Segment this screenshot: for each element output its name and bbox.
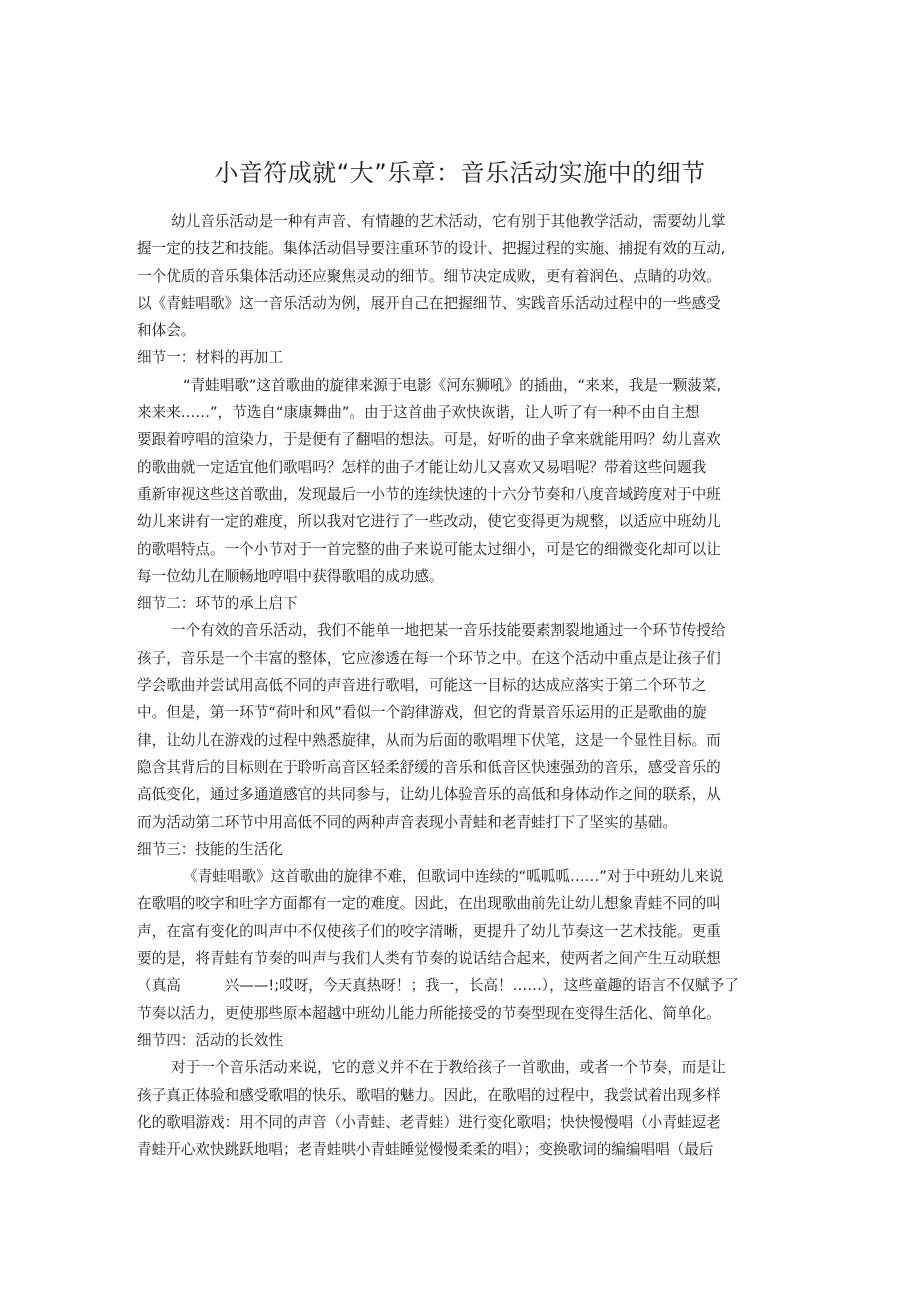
paragraph-line: 律，让幼儿在游戏的过程中熟悉旋律，从而为后面的歌唱埋下伏笔，这是一个显性目标。而 xyxy=(137,727,797,754)
paragraph-line: 孩子真正体验和感受歌唱的快乐、歌唱的魅力。因此，在歌唱的过程中，我尝试着出现多样 xyxy=(137,1082,797,1109)
paragraph-line: 孩子，音乐是一个丰富的整体，它应渗透在每一个环节之中。在这个活动中重点是让孩子们 xyxy=(137,645,797,672)
paragraph-line: 高低变化，通过多通道感官的共同参与，让幼儿体验音乐的高低和身体动作之间的联系，从 xyxy=(137,781,797,808)
paragraph-line: 的歌曲就一定适宜他们歌唱吗？怎样的曲子才能让幼儿又喜欢又易唱呢？带着这些问题我 xyxy=(137,454,797,481)
paragraph-line: 对于一个音乐活动来说，它的意义并不在于教给孩子一首歌曲，或者一个节奏，而是让 xyxy=(137,1054,797,1081)
section-heading: 细节二：环节的承上启下 xyxy=(137,590,797,617)
paragraph-line: 以《青蛙唱歌》这一音乐活动为例，展开自己在把握细节、实践音乐活动过程中的一些感受 xyxy=(137,290,797,317)
paragraph-line: 幼儿来讲有一定的难度，所以我对它进行了一些改动，使它变得更为规整，以适应中班幼儿 xyxy=(137,508,797,535)
paragraph-line: 要跟着哼唱的渲染力，于是便有了翻唱的想法。可是，好听的曲子拿来就能用吗？幼儿喜欢 xyxy=(137,426,797,453)
document-page: 小音符成就“大”乐章：音乐活动实施中的细节 幼儿音乐活动是一种有声音、有情趣的艺… xyxy=(0,0,920,1302)
paragraph-line: 和体会。 xyxy=(137,317,797,344)
section-heading: 细节四：活动的长效性 xyxy=(137,1027,797,1054)
document-title: 小音符成就“大”乐章：音乐活动实施中的细节 xyxy=(0,156,920,190)
paragraph-line: 声，在富有变化的叫声中不仅使孩子们的咬字清晰，更提升了幼儿节奏这一艺术技能。更重 xyxy=(137,918,797,945)
paragraph-line: 来来来……”，节选自“康康舞曲”。由于这首曲子欢快诙谐，让人听了有一种不由自主想 xyxy=(137,399,797,426)
paragraph-line: 《青蛙唱歌》这首歌曲的旋律不难，但歌词中连续的“呱呱呱……”对于中班幼儿来说 xyxy=(137,863,797,890)
paragraph-line: 节奏以活力，更使那些原本超越中班幼儿能力所能接受的节奏型现在变得生活化、简单化。 xyxy=(137,1000,797,1027)
paragraph-line: 重新审视这些这首歌曲，发现最后一小节的连续快速的十六分节奏和八度音域跨度对于中班 xyxy=(137,481,797,508)
document-body: 幼儿音乐活动是一种有声音、有情趣的艺术活动，它有别于其他教学活动，需要幼儿掌握一… xyxy=(137,208,797,1163)
paragraph-line: 化的歌唱游戏：用不同的声音（小青蛙、老青蛙）进行变化歌唱；快快慢慢唱（小青蛙逗老 xyxy=(137,1109,797,1136)
paragraph-line: 在歌唱的咬字和吐字方面都有一定的难度。因此，在出现歌曲前先让幼儿想象青蛙不同的叫 xyxy=(137,890,797,917)
paragraph-line: 要的是，将青蛙有节奏的叫声与我们人类有节奏的说话结合起来，使两者之间产生互动联想 xyxy=(137,945,797,972)
paragraph-line: 一个优质的音乐集体活动还应聚焦灵动的细节。细节决定成败，更有着润色、点睛的功效。 xyxy=(137,263,797,290)
paragraph-line: 中。但是，第一环节“荷叶和风”看似一个韵律游戏，但它的背景音乐运用的正是歌曲的旋 xyxy=(137,699,797,726)
paragraph-line: 握一定的技艺和技能。集体活动倡导要注重环节的设计、把握过程的实施、捕捉有效的互动… xyxy=(137,235,797,262)
section-heading: 细节三：技能的生活化 xyxy=(137,836,797,863)
paragraph-line: 幼儿音乐活动是一种有声音、有情趣的艺术活动，它有别于其他教学活动，需要幼儿掌 xyxy=(137,208,797,235)
paragraph-line: 每一位幼儿在顺畅地哼唱中获得歌唱的成功感。 xyxy=(137,563,797,590)
paragraph-line: 的歌唱特点。一个小节对于一首完整的曲子来说可能太过细小，可是它的细微变化却可以让 xyxy=(137,536,797,563)
paragraph-line: （真高 兴——!;哎呀，今天真热呀！；我一，长高！……），这些童趣的语言不仅赋予… xyxy=(137,972,797,999)
paragraph-line: 而为活动第二环节中用高低不同的两种声音表现小青蛙和老青蛙打下了坚实的基础。 xyxy=(137,809,797,836)
section-heading: 细节一：材料的再加工 xyxy=(137,344,797,371)
paragraph-line: “青蛙唱歌”这首歌曲的旋律来源于电影《河东狮吼》的插曲，“来来，我是一颗菠菜, xyxy=(137,372,797,399)
paragraph-line: 学会歌曲并尝试用高低不同的声音进行歌唱，可能这一目标的达成应落实于第二个环节之 xyxy=(137,672,797,699)
paragraph-line: 一个有效的音乐活动，我们不能单一地把某一音乐技能要素割裂地通过一个环节传授给 xyxy=(137,617,797,644)
paragraph-line: 青蛙开心欢快跳跃地唱；老青蛙哄小青蛙睡觉慢慢柔柔的唱）；变换歌词的编编唱唱（最后 xyxy=(137,1136,797,1163)
paragraph-line: 隐含其背后的目标则在于聆听高音区轻柔舒缓的音乐和低音区快速强劲的音乐，感受音乐的 xyxy=(137,754,797,781)
